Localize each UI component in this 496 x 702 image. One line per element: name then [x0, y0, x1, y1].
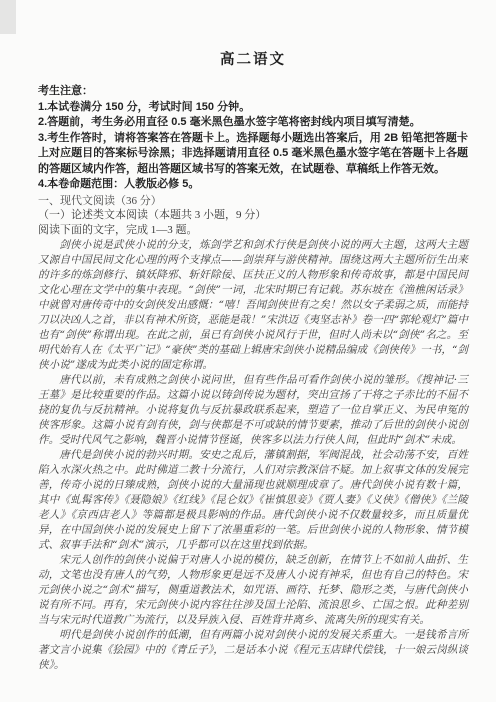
passage-paragraph-2: 唐代以前，未有成熟之剑侠小说问世，但有些作品可看作剑侠小说的雏形。《搜神记·三王…: [38, 373, 468, 448]
passage-paragraph-3: 唐代是剑侠小说的勃兴时期。安史之乱后，藩镇割据，军阀混战，社会动荡不安，百姓陷入…: [38, 448, 468, 553]
passage-paragraph-1: 剑侠小说是武侠小说的分支，炼剑学艺和剑术行侠是剑侠小说的两大主题，这两大主题又源…: [38, 238, 468, 373]
notice-item-2: 2.答题前，考生务必用直径 0.5 毫米黑色墨水签字笔将密封线内项目填写清楚。: [38, 115, 468, 131]
exam-paper-page: 高二语文 考生注意： 1.本试卷满分 150 分，考试时间 150 分钟。 2.…: [0, 0, 496, 702]
notice-item-1: 1.本试卷满分 150 分，考试时间 150 分钟。: [38, 100, 468, 116]
scan-artifact: [0, 0, 16, 34]
passage-paragraph-4: 宋元人创作的剑侠小说偏于对唐人小说的模仿，缺乏创新，在情节上不如前人曲折、生动，…: [38, 553, 468, 628]
reading-instruction: 阅读下面的文字，完成 1—3 题。: [38, 223, 468, 238]
reading-passage: 剑侠小说是武侠小说的分支，炼剑学艺和剑术行侠是剑侠小说的两大主题，这两大主题又源…: [38, 238, 468, 673]
notice-item-4: 4.本卷命题范围：人教版必修 5。: [38, 177, 468, 193]
passage-paragraph-5: 明代是剑侠小说创作的低潮，但有两篇小说对剑侠小说的发展关系重大。一是钱希言所著文…: [38, 628, 468, 673]
notice-item-3: 3.考生作答时，请将答案答在答题卡上。选择题每小题选出答案后，用 2B 铅笔把答…: [38, 131, 468, 178]
candidate-notice-section: 考生注意： 1.本试卷满分 150 分，考试时间 150 分钟。 2.答题前，考…: [38, 84, 468, 193]
subsection-heading-discursive-text: （一）论述类文本阅读（本题共 3 小题，9 分）: [38, 208, 468, 223]
section-heading-modern-reading: 一、现代文阅读（36 分）: [38, 194, 468, 209]
notice-heading: 考生注意：: [38, 84, 468, 100]
page-title: 高二语文: [38, 48, 468, 69]
